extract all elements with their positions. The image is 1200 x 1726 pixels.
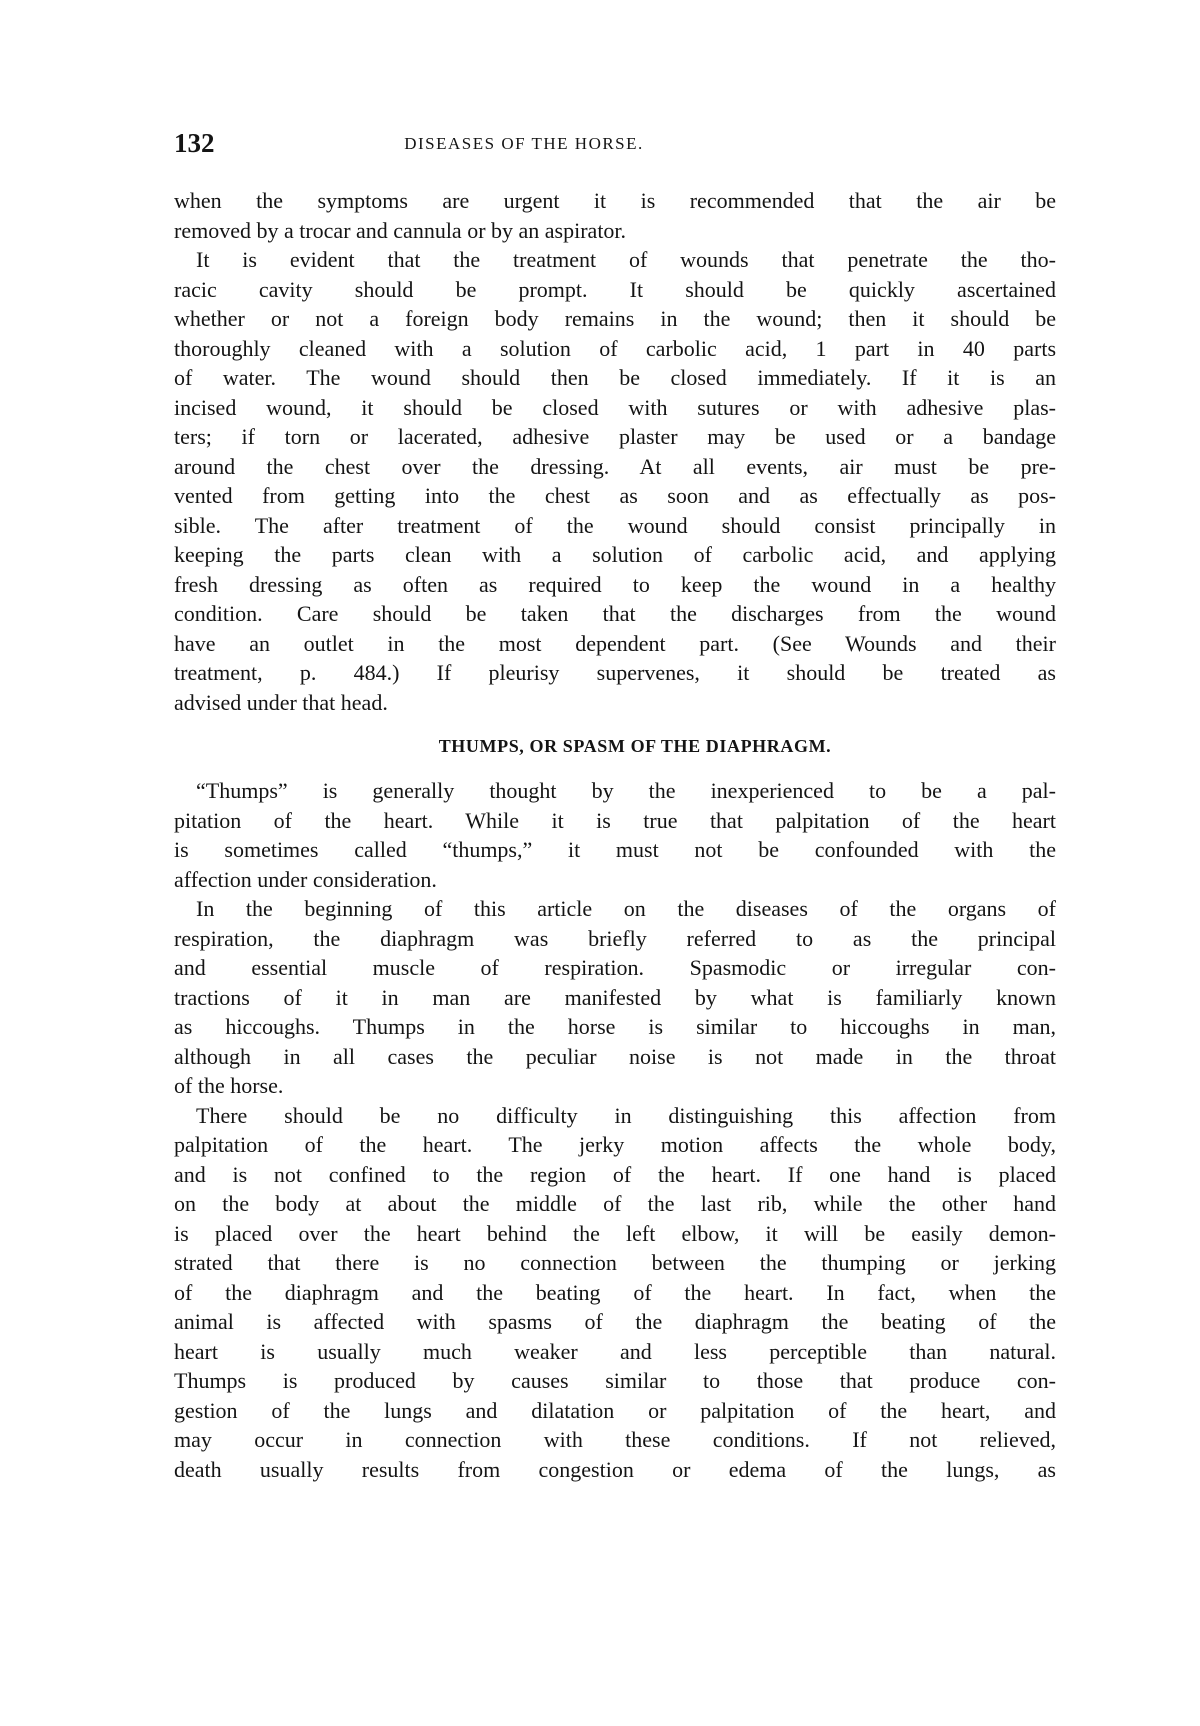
text-line: and is not confined to the region of the…: [174, 1160, 1056, 1190]
text-line: vented from getting into the chest as so…: [174, 481, 1056, 511]
text-line: advised under that head.: [174, 688, 1056, 718]
text-line: treatment, p. 484.) If pleurisy superven…: [174, 658, 1056, 688]
text-line: of water. The wound should then be close…: [174, 363, 1056, 393]
text-line: tractions of it in man are manifested by…: [174, 983, 1056, 1013]
text-line: keeping the parts clean with a solution …: [174, 540, 1056, 570]
text-line: removed by a trocar and cannula or by an…: [174, 216, 1056, 246]
page-body: when the symptoms are urgent it is recom…: [174, 186, 1056, 1484]
paragraph: when the symptoms are urgent it is recom…: [174, 186, 1056, 245]
text-line: whether or not a foreign body remains in…: [174, 304, 1056, 334]
text-line: of the horse.: [174, 1071, 1056, 1101]
text-line: and essential muscle of respiration. Spa…: [174, 953, 1056, 983]
paragraph: It is evident that the treatment of woun…: [174, 245, 1056, 717]
text-line: “Thumps” is generally thought by the ine…: [174, 776, 1056, 806]
paragraph: “Thumps” is generally thought by the ine…: [174, 776, 1056, 894]
text-line: racic cavity should be prompt. It should…: [174, 275, 1056, 305]
text-line: of the diaphragm and the beating of the …: [174, 1278, 1056, 1308]
text-line: respiration, the diaphragm was briefly r…: [174, 924, 1056, 954]
text-line: palpitation of the heart. The jerky moti…: [174, 1130, 1056, 1160]
text-line: is placed over the heart behind the left…: [174, 1219, 1056, 1249]
text-line: In the beginning of this article on the …: [174, 894, 1056, 924]
text-line: strated that there is no connection betw…: [174, 1248, 1056, 1278]
text-line: on the body at about the middle of the l…: [174, 1189, 1056, 1219]
text-line: incised wound, it should be closed with …: [174, 393, 1056, 423]
running-head: 132 DISEASES OF THE HORSE.: [174, 128, 1056, 160]
text-line: pitation of the heart. While it is true …: [174, 806, 1056, 836]
text-line: affection under consideration.: [174, 865, 1056, 895]
text-line: animal is affected with spasms of the di…: [174, 1307, 1056, 1337]
text-line: It is evident that the treatment of woun…: [174, 245, 1056, 275]
text-line: fresh dressing as often as required to k…: [174, 570, 1056, 600]
text-line: around the chest over the dressing. At a…: [174, 452, 1056, 482]
text-line: Thumps is produced by causes similar to …: [174, 1366, 1056, 1396]
paragraph: There should be no difficulty in disting…: [174, 1101, 1056, 1485]
running-head-title: DISEASES OF THE HORSE.: [174, 134, 874, 154]
text-line: death usually results from congestion or…: [174, 1455, 1056, 1485]
text-line: when the symptoms are urgent it is recom…: [174, 186, 1056, 216]
text-line: is sometimes called “thumps,” it must no…: [174, 835, 1056, 865]
text-line: gestion of the lungs and dilatation or p…: [174, 1396, 1056, 1426]
text-line: sible. The after treatment of the wound …: [174, 511, 1056, 541]
text-line: thoroughly cleaned with a solution of ca…: [174, 334, 1056, 364]
paragraph: In the beginning of this article on the …: [174, 894, 1056, 1101]
text-line: have an outlet in the most dependent par…: [174, 629, 1056, 659]
text-line: condition. Care should be taken that the…: [174, 599, 1056, 629]
text-line: heart is usually much weaker and less pe…: [174, 1337, 1056, 1367]
section-heading: THUMPS, OR SPASM OF THE DIAPHRAGM.: [174, 717, 1056, 776]
text-line: ters; if torn or lacerated, adhesive pla…: [174, 422, 1056, 452]
text-line: may occur in connection with these condi…: [174, 1425, 1056, 1455]
text-line: as hiccoughs. Thumps in the horse is sim…: [174, 1012, 1056, 1042]
text-line: There should be no difficulty in disting…: [174, 1101, 1056, 1131]
text-line: although in all cases the peculiar noise…: [174, 1042, 1056, 1072]
